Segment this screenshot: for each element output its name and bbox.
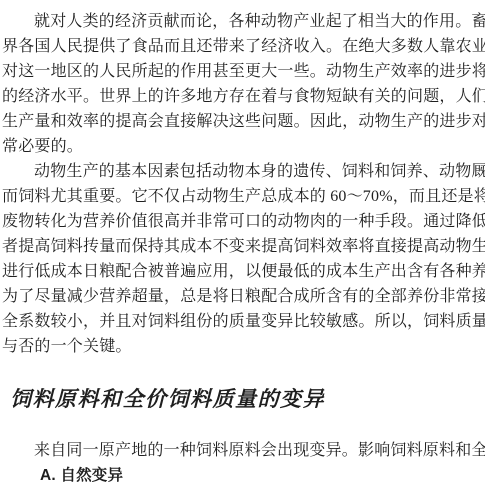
subheading-a: A. 自然变异	[2, 463, 485, 484]
body-line: 全系数较小，并且对饲料组份的质量变异比较敏感。所以，饲料质量	[2, 309, 485, 334]
body-line: 来自同一原产地的一种饲料原料会出现变异。影响饲料原料和全	[2, 438, 485, 463]
body-line: 对这一地区的人民所起的作用甚至更大一些。动物生产效率的进步将	[2, 59, 485, 84]
body-line: 进行低成本日粮配合被普遍应用，以便最低的成本生产出含有各种养	[2, 259, 485, 284]
paragraph-2: 动物生产的基本因素包括动物本身的遗传、饲料和饲养、动物厩舍 而饲料尤其重要。它不…	[2, 159, 485, 359]
body-line: 常必要的。	[2, 134, 485, 159]
body-line: 者提高饲料抟量而保持其成本不变来提高饲料效率将直接提高动物生	[2, 234, 485, 259]
body-line: 的经济水平。世界上的许多地方存在着与食物短缺有关的问题，人们	[2, 84, 485, 109]
body-text: 就对人类的经济贡献而论，各种动物产业起了相当大的作用。畜 界各国人民提供了食品而…	[0, 0, 485, 484]
body-line: 废物转化为营养价值很高并非常可口的动物肉的一种手段。通过降低	[2, 209, 485, 234]
section-heading: 饲料原料和全价饲料质量的变异	[10, 386, 485, 412]
paragraph-3: 来自同一原产地的一种饲料原料会出现变异。影响饲料原料和全 A. 自然变异	[2, 438, 485, 484]
body-line: 为了尽量减少营养超量，总是将日粮配合成所含有的全部养份非常接	[2, 284, 485, 309]
body-line: 而饲料尤其重要。它不仅占动物生产总成本的 60～70%，而且还是将	[2, 184, 485, 209]
body-line: 生产量和效率的提高会直接解决这些问题。因此，动物生产的进步对	[2, 109, 485, 134]
body-line: 界各国人民提供了食品而且还带来了经济收入。在绝大多数人靠农业	[2, 34, 485, 59]
body-line: 就对人类的经济贡献而论，各种动物产业起了相当大的作用。畜	[2, 9, 485, 34]
body-line: 动物生产的基本因素包括动物本身的遗传、饲料和饲养、动物厩舍	[2, 159, 485, 184]
document-page: 就对人类的经济贡献而论，各种动物产业起了相当大的作用。畜 界各国人民提供了食品而…	[0, 0, 485, 484]
paragraph-1: 就对人类的经济贡献而论，各种动物产业起了相当大的作用。畜 界各国人民提供了食品而…	[2, 9, 485, 159]
body-line: 与否的一个关键。	[2, 334, 485, 359]
